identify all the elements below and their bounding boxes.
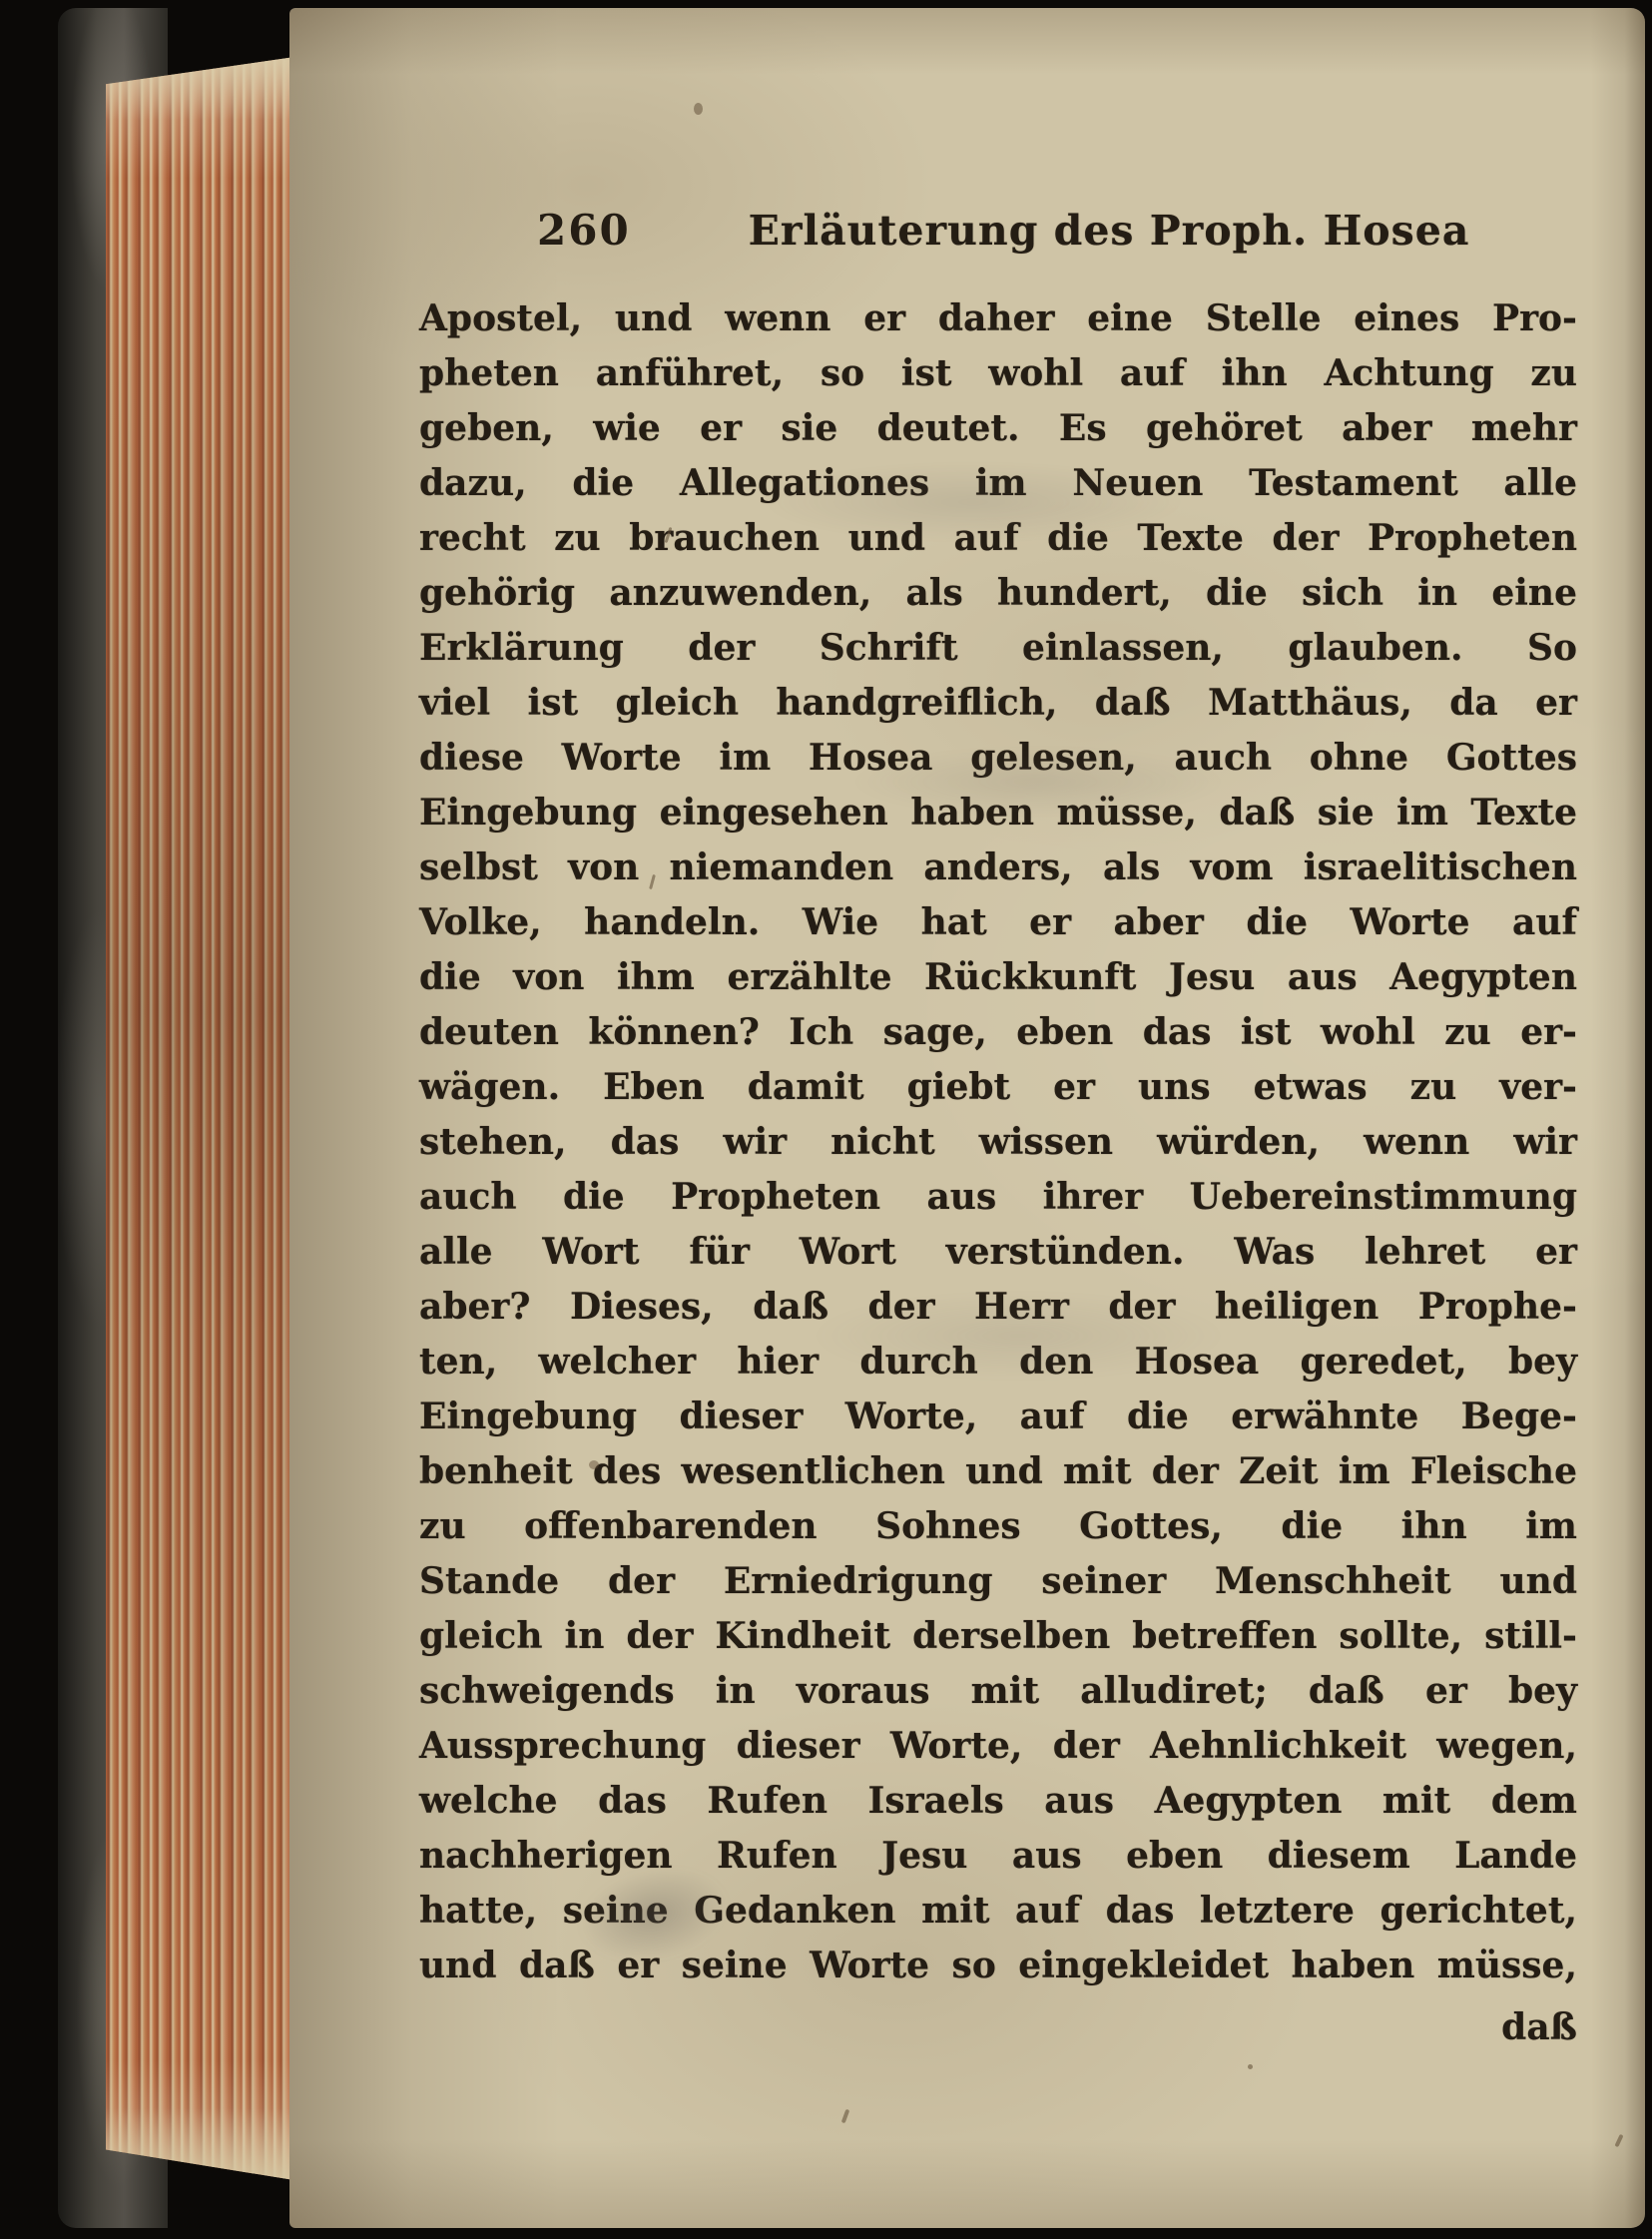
text-line: zu offenbarenden Sohnes Gottes, die ihn … (419, 1499, 1577, 1554)
running-title: Erläuterung des Proph. Hosea (749, 207, 1470, 255)
text-line: stehen, das wir nicht wissen würden, wen… (419, 1115, 1577, 1170)
paper-speck (694, 103, 703, 115)
paper-speck (1248, 2064, 1253, 2069)
text-line: Eingebung dieser Worte, auf die erwähnte… (419, 1390, 1577, 1444)
paper-speck (1614, 2134, 1623, 2147)
text-line: gehörig anzuwenden, als hundert, die sic… (419, 566, 1577, 621)
text-line: nachherigen Rufen Jesu aus eben diesem L… (419, 1829, 1577, 1884)
paper-speck (589, 1460, 599, 1469)
body-text: Apostel, und wenn er daher eine Stelle e… (419, 291, 1577, 1993)
text-line: viel ist gleich handgreiflich, daß Matth… (419, 676, 1577, 731)
text-line: pheten anführet, so ist wohl auf ihn Ach… (419, 346, 1577, 401)
text-line: die von ihm erzählte Rückkunft Jesu aus … (419, 950, 1577, 1005)
text-line: geben, wie er sie deutet. Es gehöret abe… (419, 401, 1577, 456)
scan-photo: { "page": { "number": "260", "running_ti… (0, 0, 1652, 2239)
catchword: daß (419, 2000, 1577, 2055)
text-line: Apostel, und wenn er daher eine Stelle e… (419, 291, 1577, 346)
text-line: selbst von niemanden anders, als vom isr… (419, 840, 1577, 895)
ink-bleedthrough (848, 747, 1228, 817)
text-line: welche das Rufen Israels aus Aegypten mi… (419, 1774, 1577, 1829)
running-head: 260 Erläuterung des Proph. Hosea (419, 206, 1577, 266)
text-line: wägen. Eben damit giebt er uns etwas zu … (419, 1060, 1577, 1115)
paper-speck (841, 2109, 850, 2124)
ink-bleedthrough (759, 462, 1188, 542)
text-line: auch die Propheten aus ihrer Uebereinsti… (419, 1170, 1577, 1225)
book-scan: 260 Erläuterung des Proph. Hosea Apostel… (58, 8, 1645, 2228)
book-page: 260 Erläuterung des Proph. Hosea Apostel… (289, 8, 1645, 2228)
text-line: Erklärung der Schrift einlassen, glauben… (419, 621, 1577, 676)
text-line: Aussprechung dieser Worte, der Aehnlichk… (419, 1719, 1577, 1774)
text-line: alle Wort für Wort verstünden. Was lehre… (419, 1225, 1577, 1280)
ink-bleedthrough (809, 1291, 1228, 1381)
text-line: Stande der Erniedrigung seiner Menschhei… (419, 1554, 1577, 1609)
text-line: gleich in der Kindheit derselben betreff… (419, 1609, 1577, 1664)
text-line: schweigends in voraus mit alludiret; daß… (419, 1664, 1577, 1719)
page-number: 260 (537, 206, 631, 255)
text-line: benheit des wesentlichen und mit der Zei… (419, 1444, 1577, 1499)
text-line: deuten können? Ich sage, eben das ist wo… (419, 1005, 1577, 1060)
text-line: Volke, handeln. Wie hat er aber die Wort… (419, 895, 1577, 950)
